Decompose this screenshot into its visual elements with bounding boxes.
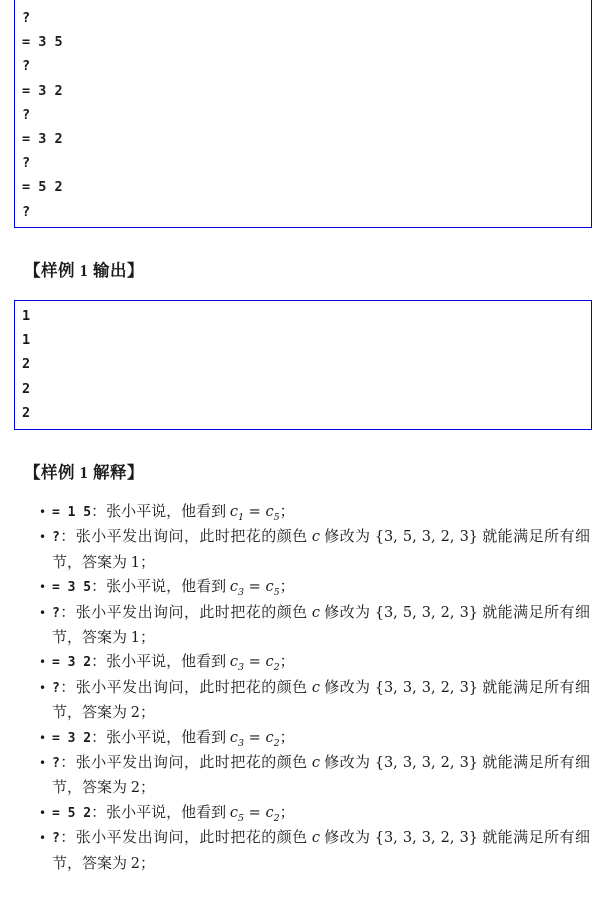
math-segment: = (244, 654, 265, 670)
explanation-bullet: •= 1 5：张小平说，他看到 c1 = c5； (38, 500, 590, 525)
code-line: ? (15, 200, 591, 224)
explanation-bullet: •?：张小平发出询问，此时把花的颜色 c 修改为 {3, 3, 3, 2, 3}… (38, 826, 590, 876)
plain-segment: ：张小平说，他看到 (91, 805, 230, 821)
plain-segment: 修改为 (320, 830, 375, 846)
code-segment: ? (52, 681, 60, 696)
plain-segment: 修改为 (320, 605, 375, 621)
code-line: = 3 5 (15, 30, 591, 54)
code-line: ? (15, 6, 591, 30)
plain-segment: ； (140, 630, 155, 646)
sample-output-heading: 【样例 1 输出】 (24, 261, 144, 281)
explanation-bullet: •= 5 2：张小平说，他看到 c5 = c2； (38, 801, 590, 826)
plain-segment: ； (140, 856, 155, 872)
explanation-list: •= 1 5：张小平说，他看到 c1 = c5；•?：张小平发出询问，此时把花的… (38, 500, 590, 876)
code-line: ? (15, 151, 591, 175)
explanation-bullet: •= 3 2：张小平说，他看到 c3 = c2； (38, 650, 590, 675)
code-line: 1 (15, 328, 591, 352)
code-line: ? (15, 103, 591, 127)
math-segment: c (312, 680, 320, 696)
math-segment: {3, 3, 3, 2, 3} (375, 755, 478, 771)
code-line: ? (15, 54, 591, 78)
math-segment: 1 (131, 630, 140, 646)
math-segment: c5 (265, 504, 279, 520)
bullet-marker-icon: • (39, 826, 46, 850)
plain-segment: ：张小平发出询问，此时把花的颜色 (60, 680, 312, 696)
code-line: 2 (15, 401, 591, 425)
sample-output-box: 11222 (14, 300, 592, 430)
code-line: = 5 2 (15, 175, 591, 199)
plain-segment: ； (140, 780, 155, 796)
math-segment: = (244, 504, 265, 520)
math-segment: c1 (230, 504, 244, 520)
explanation-bullet: •= 3 2：张小平说，他看到 c3 = c2； (38, 726, 590, 751)
plain-segment: ； (280, 654, 295, 670)
plain-segment: 修改为 (320, 529, 375, 545)
code-segment: = 3 2 (52, 655, 91, 670)
explanation-bullet: •?：张小平发出询问，此时把花的颜色 c 修改为 {3, 5, 3, 2, 3}… (38, 525, 590, 575)
explanation-bullet: •?：张小平发出询问，此时把花的颜色 c 修改为 {3, 5, 3, 2, 3}… (38, 601, 590, 651)
plain-segment: ； (280, 805, 295, 821)
bullet-marker-icon: • (39, 751, 46, 775)
math-segment: = (244, 730, 265, 746)
plain-segment: ； (140, 705, 155, 721)
code-line: 1 (15, 304, 591, 328)
code-segment: ? (52, 530, 60, 545)
code-segment: ? (52, 756, 60, 771)
math-segment: c2 (265, 654, 279, 670)
math-segment: c2 (265, 730, 279, 746)
plain-segment: ：张小平发出询问，此时把花的颜色 (60, 605, 312, 621)
sample-input-box: ?= 3 5?= 3 2?= 3 2?= 5 2? (14, 0, 592, 228)
explanation-bullet: •= 3 5：张小平说，他看到 c3 = c5； (38, 575, 590, 600)
plain-segment: ：张小平说，他看到 (91, 654, 230, 670)
plain-segment: 修改为 (320, 680, 375, 696)
plain-segment: ； (140, 555, 155, 571)
plain-segment: ； (280, 504, 295, 520)
math-segment: 2 (131, 856, 140, 872)
problem-document-page: ?= 3 5?= 3 2?= 3 2?= 5 2? 【样例 1 输出】 1122… (0, 0, 602, 916)
bullet-marker-icon: • (39, 650, 46, 674)
math-segment: c5 (265, 579, 279, 595)
math-segment: {3, 3, 3, 2, 3} (375, 680, 478, 696)
explanation-bullet: •?：张小平发出询问，此时把花的颜色 c 修改为 {3, 3, 3, 2, 3}… (38, 751, 590, 801)
plain-segment: ：张小平发出询问，此时把花的颜色 (60, 830, 312, 846)
bullet-marker-icon: • (39, 525, 46, 549)
math-segment: {3, 3, 3, 2, 3} (375, 830, 478, 846)
code-line: = 3 2 (15, 79, 591, 103)
bullet-marker-icon: • (39, 575, 46, 599)
math-segment: = (244, 805, 265, 821)
math-segment: c2 (265, 805, 279, 821)
code-segment: ? (52, 831, 60, 846)
plain-segment: ：张小平发出询问，此时把花的颜色 (60, 529, 312, 545)
bullet-marker-icon: • (39, 726, 46, 750)
bullet-marker-icon: • (39, 601, 46, 625)
math-segment: {3, 5, 3, 2, 3} (375, 529, 478, 545)
sample-explanation-heading: 【样例 1 解释】 (24, 463, 144, 483)
math-segment: c (312, 529, 320, 545)
bullet-marker-icon: • (39, 801, 46, 825)
plain-segment: ：张小平说，他看到 (91, 579, 230, 595)
plain-segment: ：张小平发出询问，此时把花的颜色 (60, 755, 312, 771)
bullet-marker-icon: • (39, 676, 46, 700)
code-segment: = 3 2 (52, 731, 91, 746)
math-segment: c3 (230, 654, 244, 670)
math-segment: c (312, 830, 320, 846)
math-segment: = (244, 579, 265, 595)
math-segment: 2 (131, 780, 140, 796)
code-segment: = 5 2 (52, 806, 91, 821)
code-segment: ? (52, 606, 60, 621)
math-segment: c3 (230, 579, 244, 595)
math-segment: c3 (230, 730, 244, 746)
code-line: 2 (15, 377, 591, 401)
bullet-marker-icon: • (39, 500, 46, 524)
plain-segment: 修改为 (320, 755, 375, 771)
plain-segment: ：张小平说，他看到 (91, 504, 230, 520)
plain-segment: ； (280, 730, 295, 746)
math-segment: c (312, 605, 320, 621)
plain-segment: ：张小平说，他看到 (91, 730, 230, 746)
code-line: 2 (15, 352, 591, 376)
code-line: = 3 2 (15, 127, 591, 151)
math-segment: c (312, 755, 320, 771)
math-segment: 2 (131, 705, 140, 721)
math-segment: c5 (230, 805, 244, 821)
code-segment: = 3 5 (52, 580, 91, 595)
math-segment: 1 (131, 555, 140, 571)
code-segment: = 1 5 (52, 505, 91, 520)
math-segment: {3, 5, 3, 2, 3} (375, 605, 478, 621)
plain-segment: ； (280, 579, 295, 595)
explanation-bullet: •?：张小平发出询问，此时把花的颜色 c 修改为 {3, 3, 3, 2, 3}… (38, 676, 590, 726)
